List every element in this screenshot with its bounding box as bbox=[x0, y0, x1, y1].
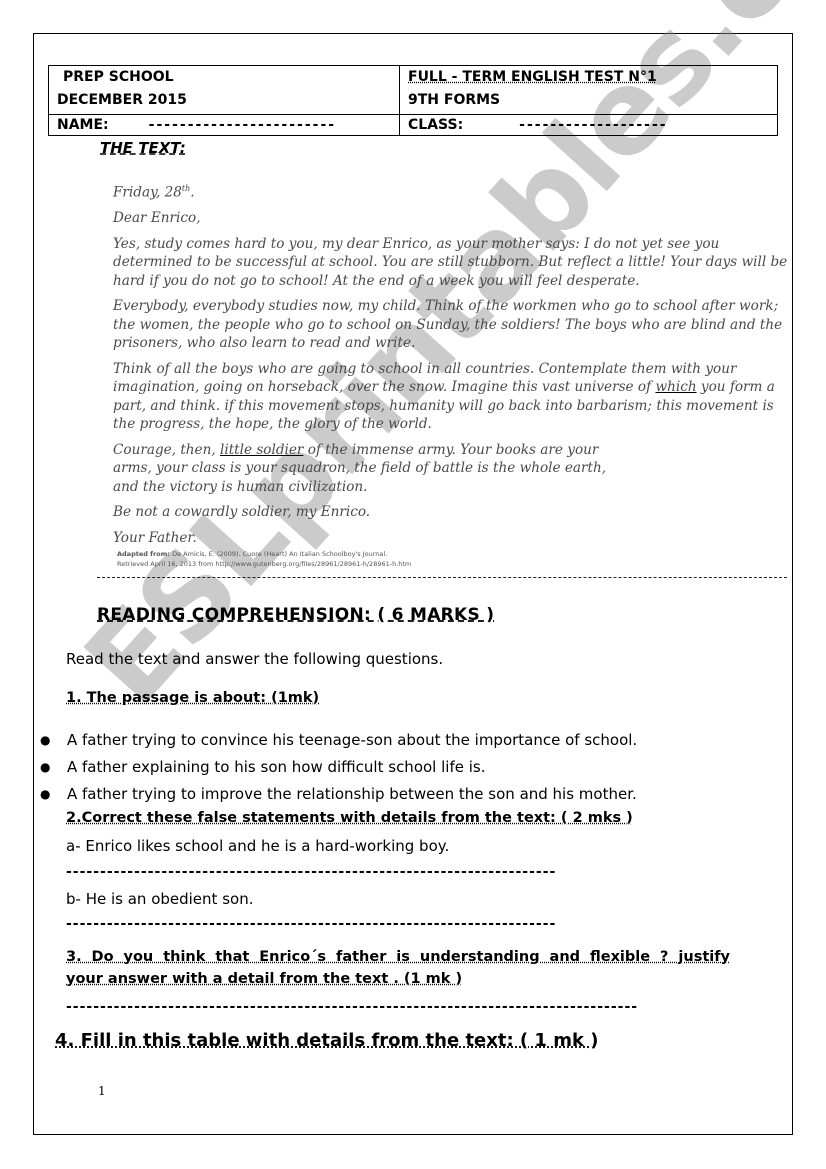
question-1: 1. The passage is about: (1mk) bbox=[66, 690, 319, 706]
letter-paragraph-2: Everybody, everybody studies now, my chi… bbox=[113, 297, 793, 353]
reading-comprehension-heading: READING COMPREHENSION: ( 6 MARKS ) bbox=[97, 605, 494, 625]
forms-label: 9TH FORMS bbox=[408, 89, 769, 112]
letter-signature: Your Father. bbox=[113, 529, 793, 548]
instruction-text: Read the text and answer the following q… bbox=[66, 650, 443, 668]
letter-paragraph-3: Think of all the boys who are going to s… bbox=[113, 360, 793, 434]
source-line-2: Retrieved April 16, 2013 from http://www… bbox=[117, 559, 411, 569]
q1-option[interactable]: ●A father trying to convince his teenage… bbox=[40, 729, 637, 756]
bullet-icon: ● bbox=[40, 756, 50, 778]
p4-underlined: little soldier bbox=[220, 442, 303, 458]
question-4: 4. Fill in this table with details from … bbox=[55, 1030, 598, 1051]
source-line-1: Adapted from: De Amicis, E. (2009). Cuor… bbox=[117, 549, 411, 559]
name-cell[interactable]: NAME:------------------------ bbox=[49, 115, 400, 136]
source-citation: Adapted from: De Amicis, E. (2009). Cuor… bbox=[117, 549, 411, 569]
p4-before: Courage, then, bbox=[113, 442, 220, 458]
class-cell[interactable]: CLASS:------------------- bbox=[400, 115, 778, 136]
answer-line-b[interactable]: ----------------------------------------… bbox=[66, 916, 560, 932]
source-label: Adapted from: bbox=[117, 550, 170, 558]
class-label: CLASS: bbox=[408, 117, 463, 133]
question-3-line-1: 3. Do you think that Enrico´s father is … bbox=[66, 944, 730, 971]
letter-paragraph-1: Yes, study comes hard to you, my dear En… bbox=[113, 235, 793, 291]
q1-option[interactable]: ●A father trying to improve the relation… bbox=[40, 783, 637, 810]
name-label: NAME: bbox=[57, 117, 109, 133]
bullet-icon: ● bbox=[40, 729, 50, 751]
text-heading: THE TEXT: bbox=[100, 139, 186, 157]
letter-date-text: Friday, 28 bbox=[113, 185, 182, 201]
letter-text: Friday, 28th. Dear Enrico, Yes, study co… bbox=[113, 180, 793, 554]
header-table: PREP SCHOOL DECEMBER 2015 FULL - TERM EN… bbox=[48, 65, 778, 136]
page-number: 1 bbox=[98, 1084, 106, 1098]
letter-date-end: . bbox=[190, 185, 194, 201]
school-name: PREP SCHOOL bbox=[57, 66, 391, 89]
letter-closing: Be not a cowardly soldier, my Enrico. bbox=[113, 503, 793, 522]
q1-option[interactable]: ●A father explaining to his son how diff… bbox=[40, 756, 637, 783]
q1-option-text: A father trying to improve the relations… bbox=[67, 785, 637, 803]
q1-options-list: ●A father trying to convince his teenage… bbox=[40, 729, 637, 810]
p3-underlined: which bbox=[655, 379, 696, 395]
test-date: DECEMBER 2015 bbox=[57, 89, 391, 112]
p3-before: Think of all the boys who are going to s… bbox=[113, 361, 736, 396]
q1-option-text: A father trying to convince his teenage-… bbox=[67, 731, 637, 749]
q1-option-text: A father explaining to his son how diffi… bbox=[67, 758, 485, 776]
class-blank[interactable]: ------------------- bbox=[519, 117, 667, 133]
header-test-cell: FULL - TERM ENGLISH TEST N°1 9TH FORMS bbox=[400, 66, 778, 115]
header-school-cell: PREP SCHOOL DECEMBER 2015 bbox=[49, 66, 400, 115]
statement-a: a- Enrico likes school and he is a hard-… bbox=[66, 837, 449, 855]
letter-date: Friday, 28th. bbox=[113, 180, 793, 202]
source-text-1: De Amicis, E. (2009). Cuore (Heart) An I… bbox=[170, 550, 387, 558]
answer-line-q3[interactable]: ----------------------------------------… bbox=[66, 999, 638, 1015]
test-title: FULL - TERM ENGLISH TEST N°1 bbox=[408, 66, 769, 89]
letter-salutation: Dear Enrico, bbox=[113, 209, 793, 228]
separator-line bbox=[97, 577, 787, 578]
name-blank[interactable]: ------------------------ bbox=[149, 117, 336, 133]
statement-b: b- He is an obedient son. bbox=[66, 890, 253, 908]
question-3-line-2: your answer with a detail from the text … bbox=[66, 971, 462, 987]
bullet-icon: ● bbox=[40, 783, 50, 805]
answer-line-a[interactable]: ----------------------------------------… bbox=[66, 864, 560, 880]
question-2: 2.Correct these false statements with de… bbox=[66, 810, 633, 826]
letter-paragraph-4: Courage, then, little soldier of the imm… bbox=[113, 441, 623, 497]
